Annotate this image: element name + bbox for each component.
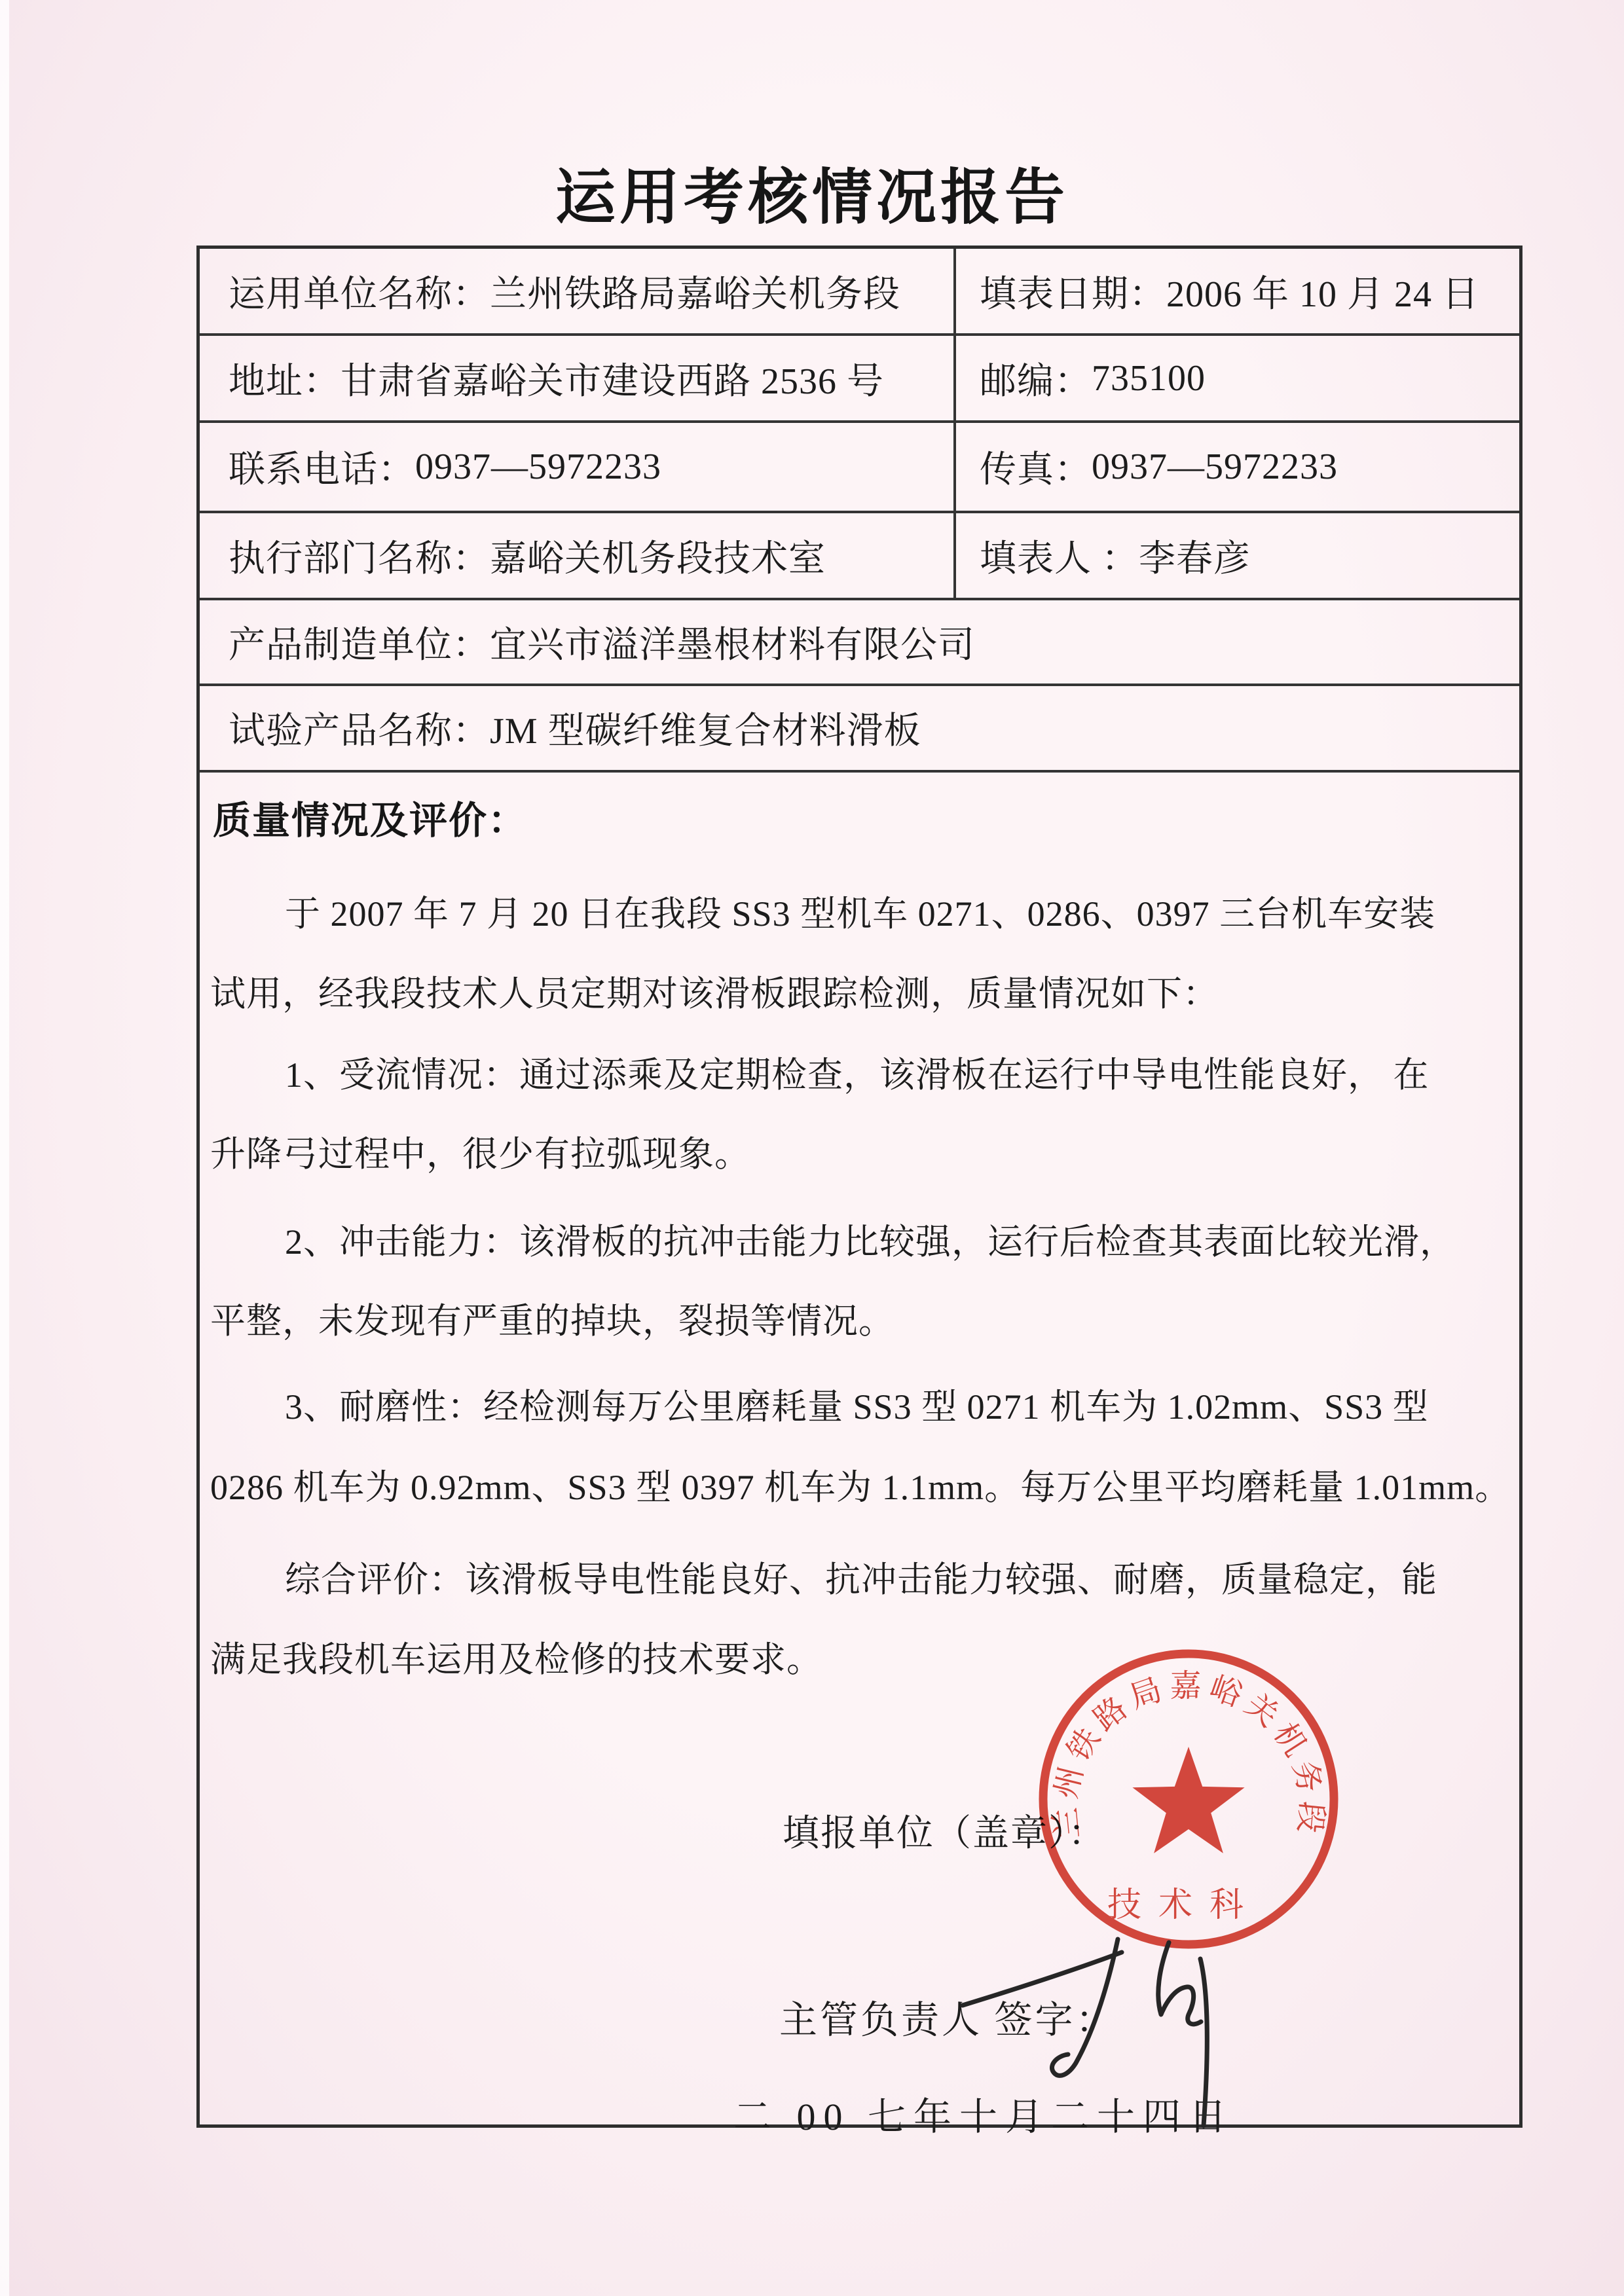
field-label: 地址： [229,352,341,405]
field-value: 0937—5972233 [415,446,661,488]
seal-bottom-text: 技术科 [1107,1887,1261,1924]
field-value: 2006 年 10 月 24 日 [1166,265,1479,318]
report-body-line: 1、受流情况：通过添乘及定期检查，该滑板在运行中导电性能良好， 在 [285,1051,1430,1099]
field-label: 填表人 ： [980,530,1139,582]
report-body-line: 满足我段机车运用及检修的技术要求。 [210,1636,822,1683]
field-value: JM 型碳纤维复合材料滑板 [490,702,921,754]
field-value: 宜兴市溢洋墨根材料有限公司 [490,616,975,668]
report-body-line: 试用，经我段技术人员定期对该滑板跟踪检测，质量情况如下： [210,970,1219,1017]
page-title: 运用考核情况报告 [0,149,1624,236]
field-fax: 传真：0937—5972233 [956,423,1519,513]
report-body-line: 平整，未发现有严重的掉块，裂损等情况。 [210,1298,895,1345]
field-fill-date: 填表日期：2006 年 10 月 24 日 [956,249,1519,336]
report-body-line: 综合评价：该滑板导电性能良好、抗冲击能力较强、耐磨，质量稳定，能 [285,1556,1437,1603]
field-operating-unit: 运用单位名称：兰州铁路局嘉峪关机务段 [200,249,956,336]
field-value: 0937—5972233 [1092,446,1338,488]
field-form-filler: 填表人 ：李春彦 [956,513,1519,600]
field-manufacturer: 产品制造单位：宜兴市溢洋墨根材料有限公司 [200,600,1519,686]
field-value: 嘉峪关机务段技术室 [490,530,826,582]
field-phone: 联系电话：0937—5972233 [200,423,956,513]
quality-section-heading: 质量情况及评价： [213,790,527,845]
report-body-line: 0286 机车为 0.92mm、SS3 型 0397 机车为 1.1mm。每万公… [210,1464,1511,1511]
field-test-product-name: 试验产品名称：JM 型碳纤维复合材料滑板 [200,686,1519,773]
report-body-line: 2、冲击能力：该滑板的抗冲击能力比较强，运行后检查其表面比较光滑， [285,1218,1456,1266]
field-label: 试验产品名称： [229,702,490,754]
field-label: 邮编： [980,352,1092,405]
field-label: 运用单位名称： [229,265,490,318]
field-label: 传真： [980,441,1092,493]
field-value: 兰州铁路局嘉峪关机务段 [490,265,900,318]
field-label: 执行部门名称： [229,530,490,582]
field-value: 李春彦 [1139,530,1251,582]
handwritten-signature [953,1922,1274,2144]
field-executing-department: 执行部门名称：嘉峪关机务段技术室 [200,513,956,600]
field-label: 产品制造单位： [229,616,490,668]
scanned-report-page: 运用考核情况报告 运用单位名称：兰州铁路局嘉峪关机务段 填表日期：2006 年 … [0,0,1624,2296]
field-value: 735100 [1092,357,1206,399]
star-icon [1132,1747,1244,1853]
report-body-line: 升降弓过程中，很少有拉弧现象。 [210,1131,750,1178]
report-body-line: 于 2007 年 7 月 20 日在我段 SS3 型机车 0271、0286、0… [285,890,1435,938]
report-body-line: 3、耐磨性：经检测每万公里磨耗量 SS3 型 0271 机车为 1.02mm、S… [285,1383,1429,1430]
field-address: 地址：甘肃省嘉峪关市建设西路 2536 号 [200,336,956,423]
field-postcode: 邮编：735100 [956,336,1519,423]
field-label: 填表日期： [980,265,1166,318]
field-label: 联系电话： [229,441,415,493]
field-value: 甘肃省嘉峪关市建设西路 2536 号 [341,352,884,405]
official-seal-stamp: 兰州铁路局嘉峪关机务段 技术科 [1035,1645,1342,1953]
